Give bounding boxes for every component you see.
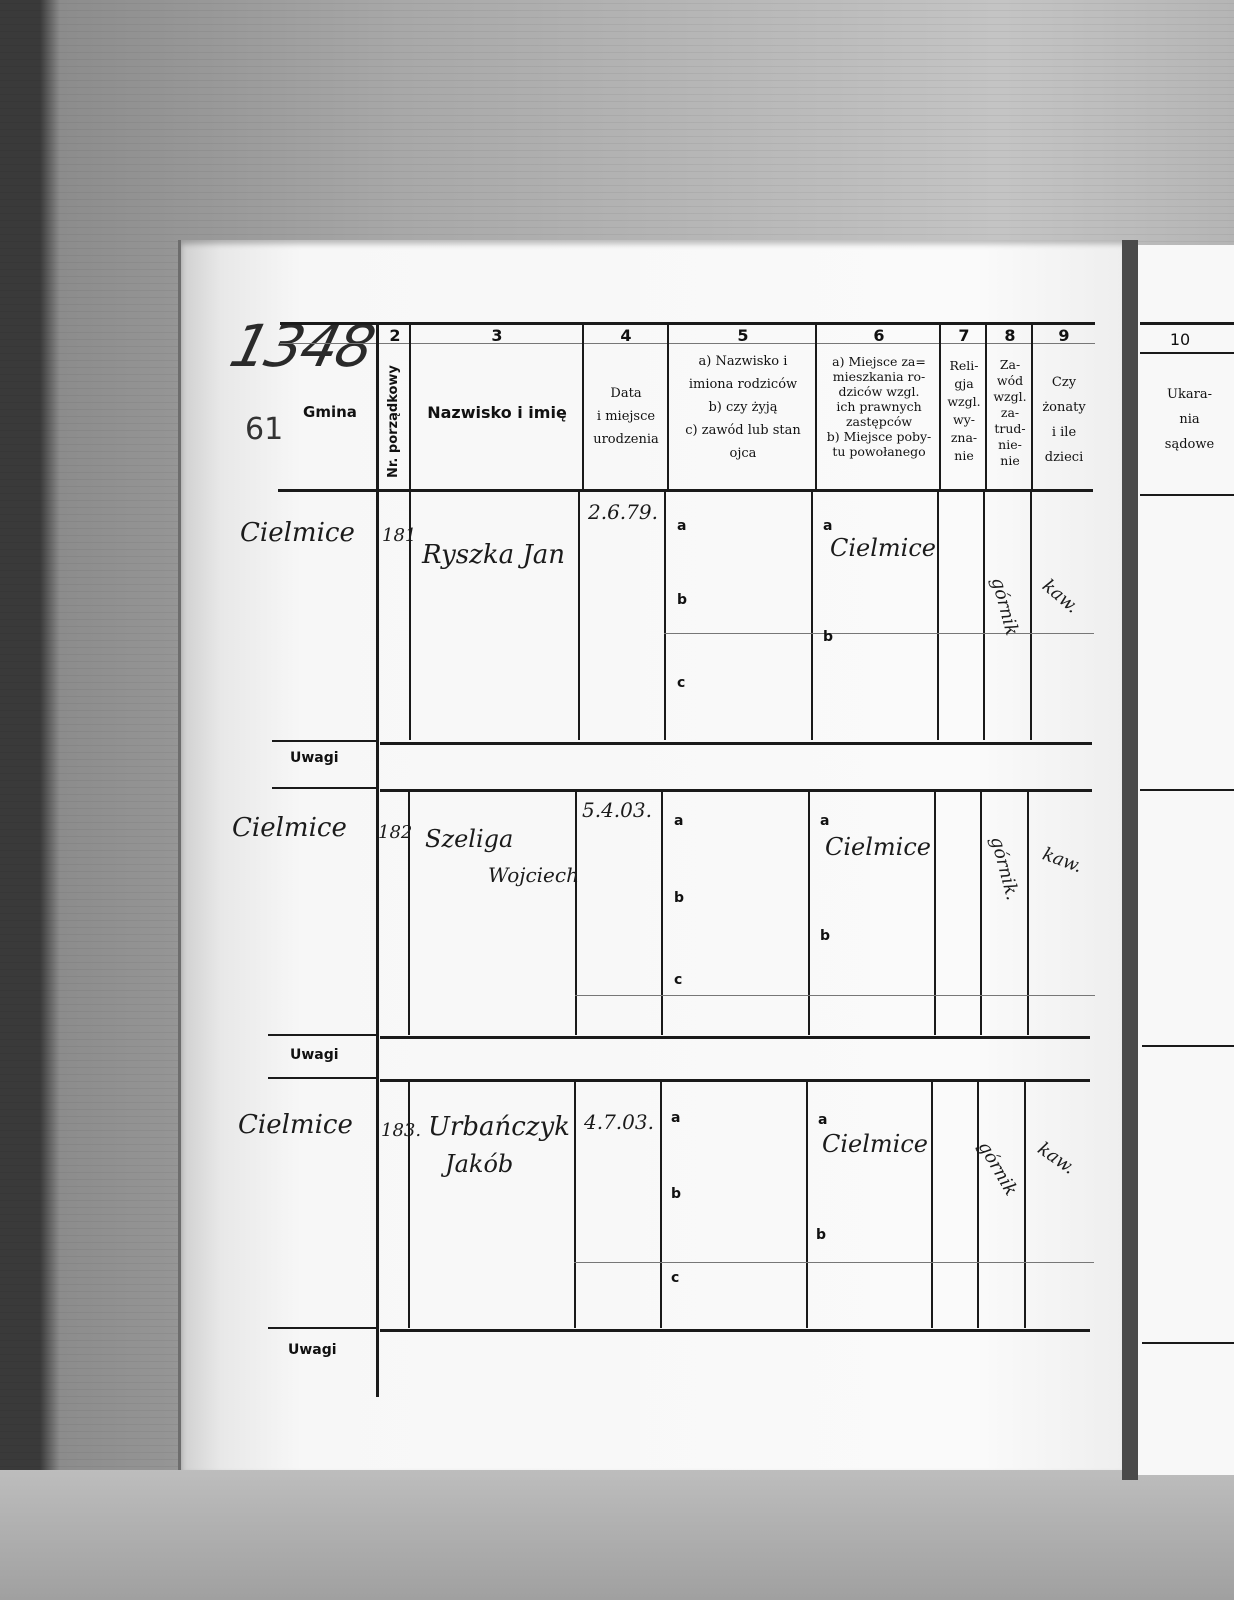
- remarks-top-rule: [268, 1034, 376, 1036]
- column-number-5: 5: [670, 326, 816, 345]
- header-zonaty: Czy żonaty i ile dzieci: [1034, 370, 1094, 470]
- header-rodzice: a) Nazwisko i imiona rodziców b) czy żyj…: [670, 350, 816, 465]
- header-line: dzieci: [1034, 445, 1094, 470]
- header-line: zna-: [942, 429, 986, 447]
- column-number-6: 6: [818, 326, 940, 345]
- header-line: imiona rodziców: [670, 373, 816, 396]
- header-line: Za-: [988, 357, 1032, 373]
- scan-bottom-margin: [0, 1470, 1234, 1600]
- remarks-bottom-rule: [380, 789, 1092, 792]
- remarks-top-rule: [380, 1329, 1090, 1332]
- remarks-bottom-rule: [380, 1079, 1090, 1082]
- entry-gmina: Cielmice: [238, 1110, 353, 1140]
- book-gutter: [1122, 240, 1138, 1480]
- header-line: nie: [988, 453, 1032, 469]
- subfield-b: b: [816, 1227, 826, 1243]
- header-line: nie-: [988, 437, 1032, 453]
- entry-birth-date: 2.6.79.: [588, 500, 658, 524]
- header-line: Reli-: [942, 357, 986, 375]
- header-bottom-rule-right: [1140, 494, 1234, 496]
- remarks-top-rule: [380, 1036, 1090, 1039]
- subfield-b: b: [671, 1186, 681, 1202]
- subfield-c: c: [677, 675, 685, 691]
- row-divider: [931, 1080, 933, 1328]
- entry-nr: 182: [378, 822, 412, 843]
- row-divider: [1024, 1080, 1026, 1328]
- entry-nr: 181: [382, 525, 416, 546]
- row-subdivider: [575, 995, 1095, 996]
- header-ukarania: Ukara- nia sądowe: [1145, 382, 1234, 457]
- entry-name-given: Jakób: [445, 1150, 513, 1178]
- remarks-label: Uwagi: [290, 750, 339, 766]
- column-number-8: 8: [988, 326, 1032, 345]
- subfield-c: c: [674, 972, 682, 988]
- colnum-rule-right: [1140, 352, 1234, 354]
- row-divider: [408, 1080, 410, 1328]
- row-divider: [1030, 490, 1032, 740]
- subfield-b: b: [823, 629, 833, 645]
- row-divider: [934, 790, 936, 1035]
- entry-gmina: Cielmice: [232, 813, 347, 843]
- header-divider: [667, 325, 669, 490]
- header-line: wy-: [942, 411, 986, 429]
- header-line: nia: [1145, 407, 1234, 432]
- row-divider: [937, 490, 939, 740]
- entry-parents-residence: Cielmice: [830, 534, 936, 562]
- header-line: trud-: [988, 421, 1032, 437]
- subfield-b: b: [820, 928, 830, 944]
- header-bottom-rule: [278, 489, 1093, 492]
- header-line: i ile: [1034, 420, 1094, 445]
- header-line: a) Miejsce za=: [818, 354, 940, 369]
- header-top-rule: [280, 322, 1095, 325]
- header-line: Ukara-: [1145, 382, 1234, 407]
- column-number-2: 2: [380, 326, 410, 345]
- row-subdivider: [574, 1262, 1094, 1263]
- header-line: sądowe: [1145, 432, 1234, 457]
- remarks-label: Uwagi: [288, 1342, 337, 1358]
- header-divider: [985, 325, 987, 490]
- facing-page-rule: [1140, 789, 1234, 791]
- header-divider: [582, 325, 584, 490]
- row-divider: [578, 490, 580, 740]
- row-divider: [660, 1080, 662, 1328]
- remarks-top-rule: [272, 740, 377, 742]
- column-number-9: 9: [1034, 326, 1094, 345]
- entry-birth-date: 4.7.03.: [584, 1110, 654, 1134]
- entry-gmina: Cielmice: [240, 518, 355, 548]
- header-miejsce-zamieszkania: a) Miejsce za= mieszkania ro- dziców wzg…: [818, 354, 940, 459]
- column-number-4: 4: [585, 326, 667, 345]
- facing-page-rule: [1142, 1342, 1234, 1344]
- header-line: b) czy żyją: [670, 396, 816, 419]
- row-divider: [808, 790, 810, 1035]
- row-divider: [661, 790, 663, 1035]
- header-line: za-: [988, 405, 1032, 421]
- row-divider: [574, 1080, 576, 1328]
- header-line: urodzenia: [585, 428, 667, 451]
- header-divider: [939, 325, 941, 490]
- column-number-10: 10: [1145, 330, 1215, 349]
- header-divider: [409, 325, 411, 490]
- entry-nr: 183.: [381, 1120, 421, 1141]
- row-divider: [980, 790, 982, 1035]
- header-nr-porzadkowy: Nr. porządkowy: [386, 365, 401, 478]
- header-line: nie: [942, 447, 986, 465]
- header-line: mieszkania ro-: [818, 369, 940, 384]
- remarks-bottom-rule: [268, 1077, 376, 1079]
- row-divider: [977, 1080, 979, 1328]
- entry-name-surname: Urbańczyk: [428, 1112, 570, 1142]
- row-divider: [806, 1080, 808, 1328]
- header-line: zastępców: [818, 414, 940, 429]
- subfield-c: c: [671, 1270, 679, 1286]
- header-line: gja: [942, 375, 986, 393]
- main-column-divider: [376, 325, 379, 1397]
- header-data-urodzenia: Data i miejsce urodzenia: [585, 382, 667, 451]
- header-line: b) Miejsce poby-: [818, 429, 940, 444]
- header-line: wzgl.: [988, 389, 1032, 405]
- entry-birth-date: 5.4.03.: [582, 798, 652, 822]
- header-line: Czy: [1034, 370, 1094, 395]
- header-line: c) zawód lub stan: [670, 419, 816, 442]
- header-top-rule-right: [1140, 322, 1234, 325]
- row-divider: [983, 490, 985, 740]
- entry-name-given: Wojciech: [488, 863, 579, 887]
- header-divider: [815, 325, 817, 490]
- header-gmina: Gmina: [285, 403, 375, 421]
- entry-parents-residence: Cielmice: [825, 833, 931, 861]
- header-line: wód: [988, 373, 1032, 389]
- header-line: ojca: [670, 442, 816, 465]
- subfield-a: a: [674, 813, 683, 829]
- row-divider: [1027, 790, 1029, 1035]
- row-subdivider: [664, 633, 1094, 634]
- header-line: Data: [585, 382, 667, 405]
- header-divider: [1031, 325, 1033, 490]
- remarks-top-rule: [380, 742, 1092, 745]
- column-number-7: 7: [942, 326, 986, 345]
- subfield-a: a: [820, 813, 829, 829]
- row-divider: [811, 490, 813, 740]
- header-line: żonaty: [1034, 395, 1094, 420]
- subfield-a: a: [818, 1112, 827, 1128]
- column-number-3: 3: [412, 326, 582, 345]
- subfield-b: b: [677, 592, 687, 608]
- subfield-b: b: [674, 890, 684, 906]
- header-line: a) Nazwisko i: [670, 350, 816, 373]
- header-line: tu powołanego: [818, 444, 940, 459]
- header-line: i miejsce: [585, 405, 667, 428]
- header-religja: Reli- gja wzgl. wy- zna- nie: [942, 357, 986, 465]
- subfield-a: a: [823, 518, 832, 534]
- facing-page-rule: [1142, 1045, 1234, 1047]
- header-nazwisko-imie: Nazwisko i imię: [412, 403, 582, 422]
- remarks-label: Uwagi: [290, 1047, 339, 1063]
- page-marker: 61: [245, 412, 283, 447]
- remarks-bottom-rule: [272, 787, 377, 789]
- entry-name: Ryszka Jan: [422, 540, 565, 570]
- header-zawod: Za- wód wzgl. za- trud- nie- nie: [988, 357, 1032, 469]
- header-line: dziców wzgl.: [818, 384, 940, 399]
- remarks-top-rule: [268, 1327, 376, 1329]
- subfield-a: a: [677, 518, 686, 534]
- subfield-a: a: [671, 1110, 680, 1126]
- header-line: wzgl.: [942, 393, 986, 411]
- entry-parents-residence: Cielmice: [822, 1130, 928, 1158]
- row-divider: [664, 490, 666, 740]
- row-divider: [575, 790, 577, 1035]
- header-line: ich prawnych: [818, 399, 940, 414]
- entry-name-surname: Szeliga: [425, 825, 513, 853]
